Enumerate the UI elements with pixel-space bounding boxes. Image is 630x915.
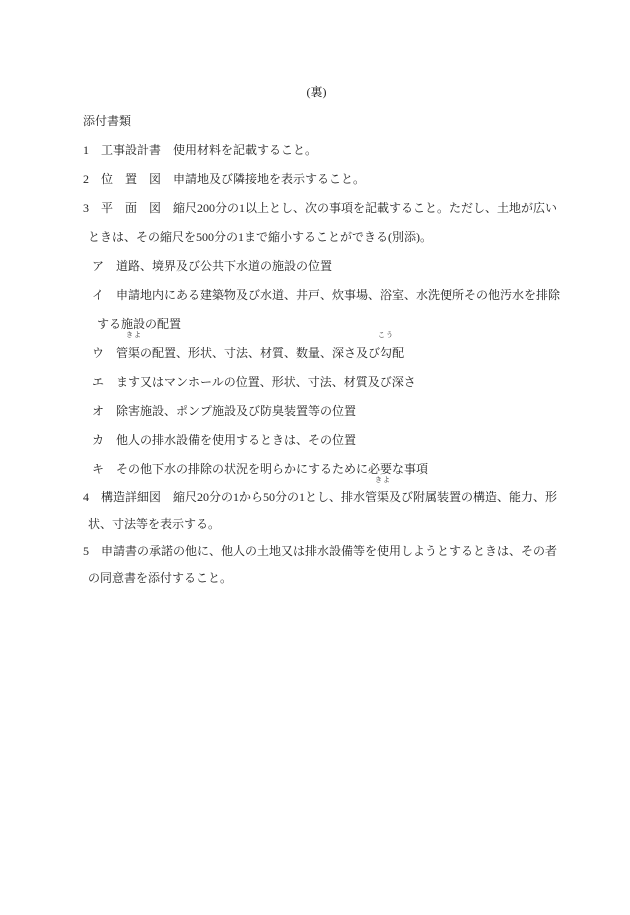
document-line-sub-i-cont: する施設の配置 (83, 310, 550, 339)
document-line-item-1: 1 工事設計書 使用材料を記載すること。 (83, 136, 550, 165)
document-line-item-5: 5 申請書の承諾の他に、他人の土地又は排水設備等を使用しようとするときは、その者 (83, 538, 550, 565)
document-line-item-3: 3 平 面 図 縮尺200分の1以上とし、次の事項を記載すること。ただし、土地が… (83, 194, 550, 223)
document-line-sub-ka: カ 他人の排水設備を使用するときは、その位置 (83, 426, 550, 455)
furigana: こう (378, 332, 394, 339)
ruby-base: 勾こう (380, 339, 392, 368)
ruby-base: 渠きよ (128, 339, 140, 368)
document-line-item-4: 4 構造詳細図 縮尺20分の1から50分の1とし、排水管渠きよ及び附属装置の構造… (83, 484, 550, 511)
furigana: きよ (375, 477, 391, 484)
document-line-sub-ki: キ その他下水の排除の状況を明らかにするために必要な事項 (83, 455, 550, 484)
document-line-sub-e: エ ます又はマンホールの位置、形状、寸法、材質及び深さ (83, 368, 550, 397)
document-line-item-2: 2 位 置 図 申請地及び隣接地を表示すること。 (83, 165, 550, 194)
document-line-sub-i: イ 申請地内にある建築物及び水道、井戸、炊事場、浴室、水洗便所その他汚水を排除 (83, 281, 550, 310)
document-line-item-5-cont: の同意書を添付すること。 (83, 565, 550, 592)
document-line-sub-a: ア 道路、境界及び公共下水道の施設の位置 (83, 252, 550, 281)
document-page: (裏) 添付書類 1 工事設計書 使用材料を記載すること。 2 位 置 図 申請… (0, 0, 630, 915)
ruby-base: 渠きよ (377, 484, 389, 511)
document-line-sub-o: オ 除害施設、ポンプ施設及び防臭装置等の位置 (83, 397, 550, 426)
document-line-sub-u: ウ 管渠きよの配置、形状、寸法、材質、数量、深さ及び勾こう配 (83, 339, 550, 368)
furigana: きよ (126, 332, 142, 339)
document-line-item-3-cont: ときは、その縮尺を500分の1まで縮小することができる(別添)。 (83, 223, 550, 252)
page-side-label: (裏) (83, 78, 550, 107)
document-line-item-4-cont: 状、寸法等を表示する。 (83, 511, 550, 538)
attachments-heading: 添付書類 (83, 107, 550, 136)
